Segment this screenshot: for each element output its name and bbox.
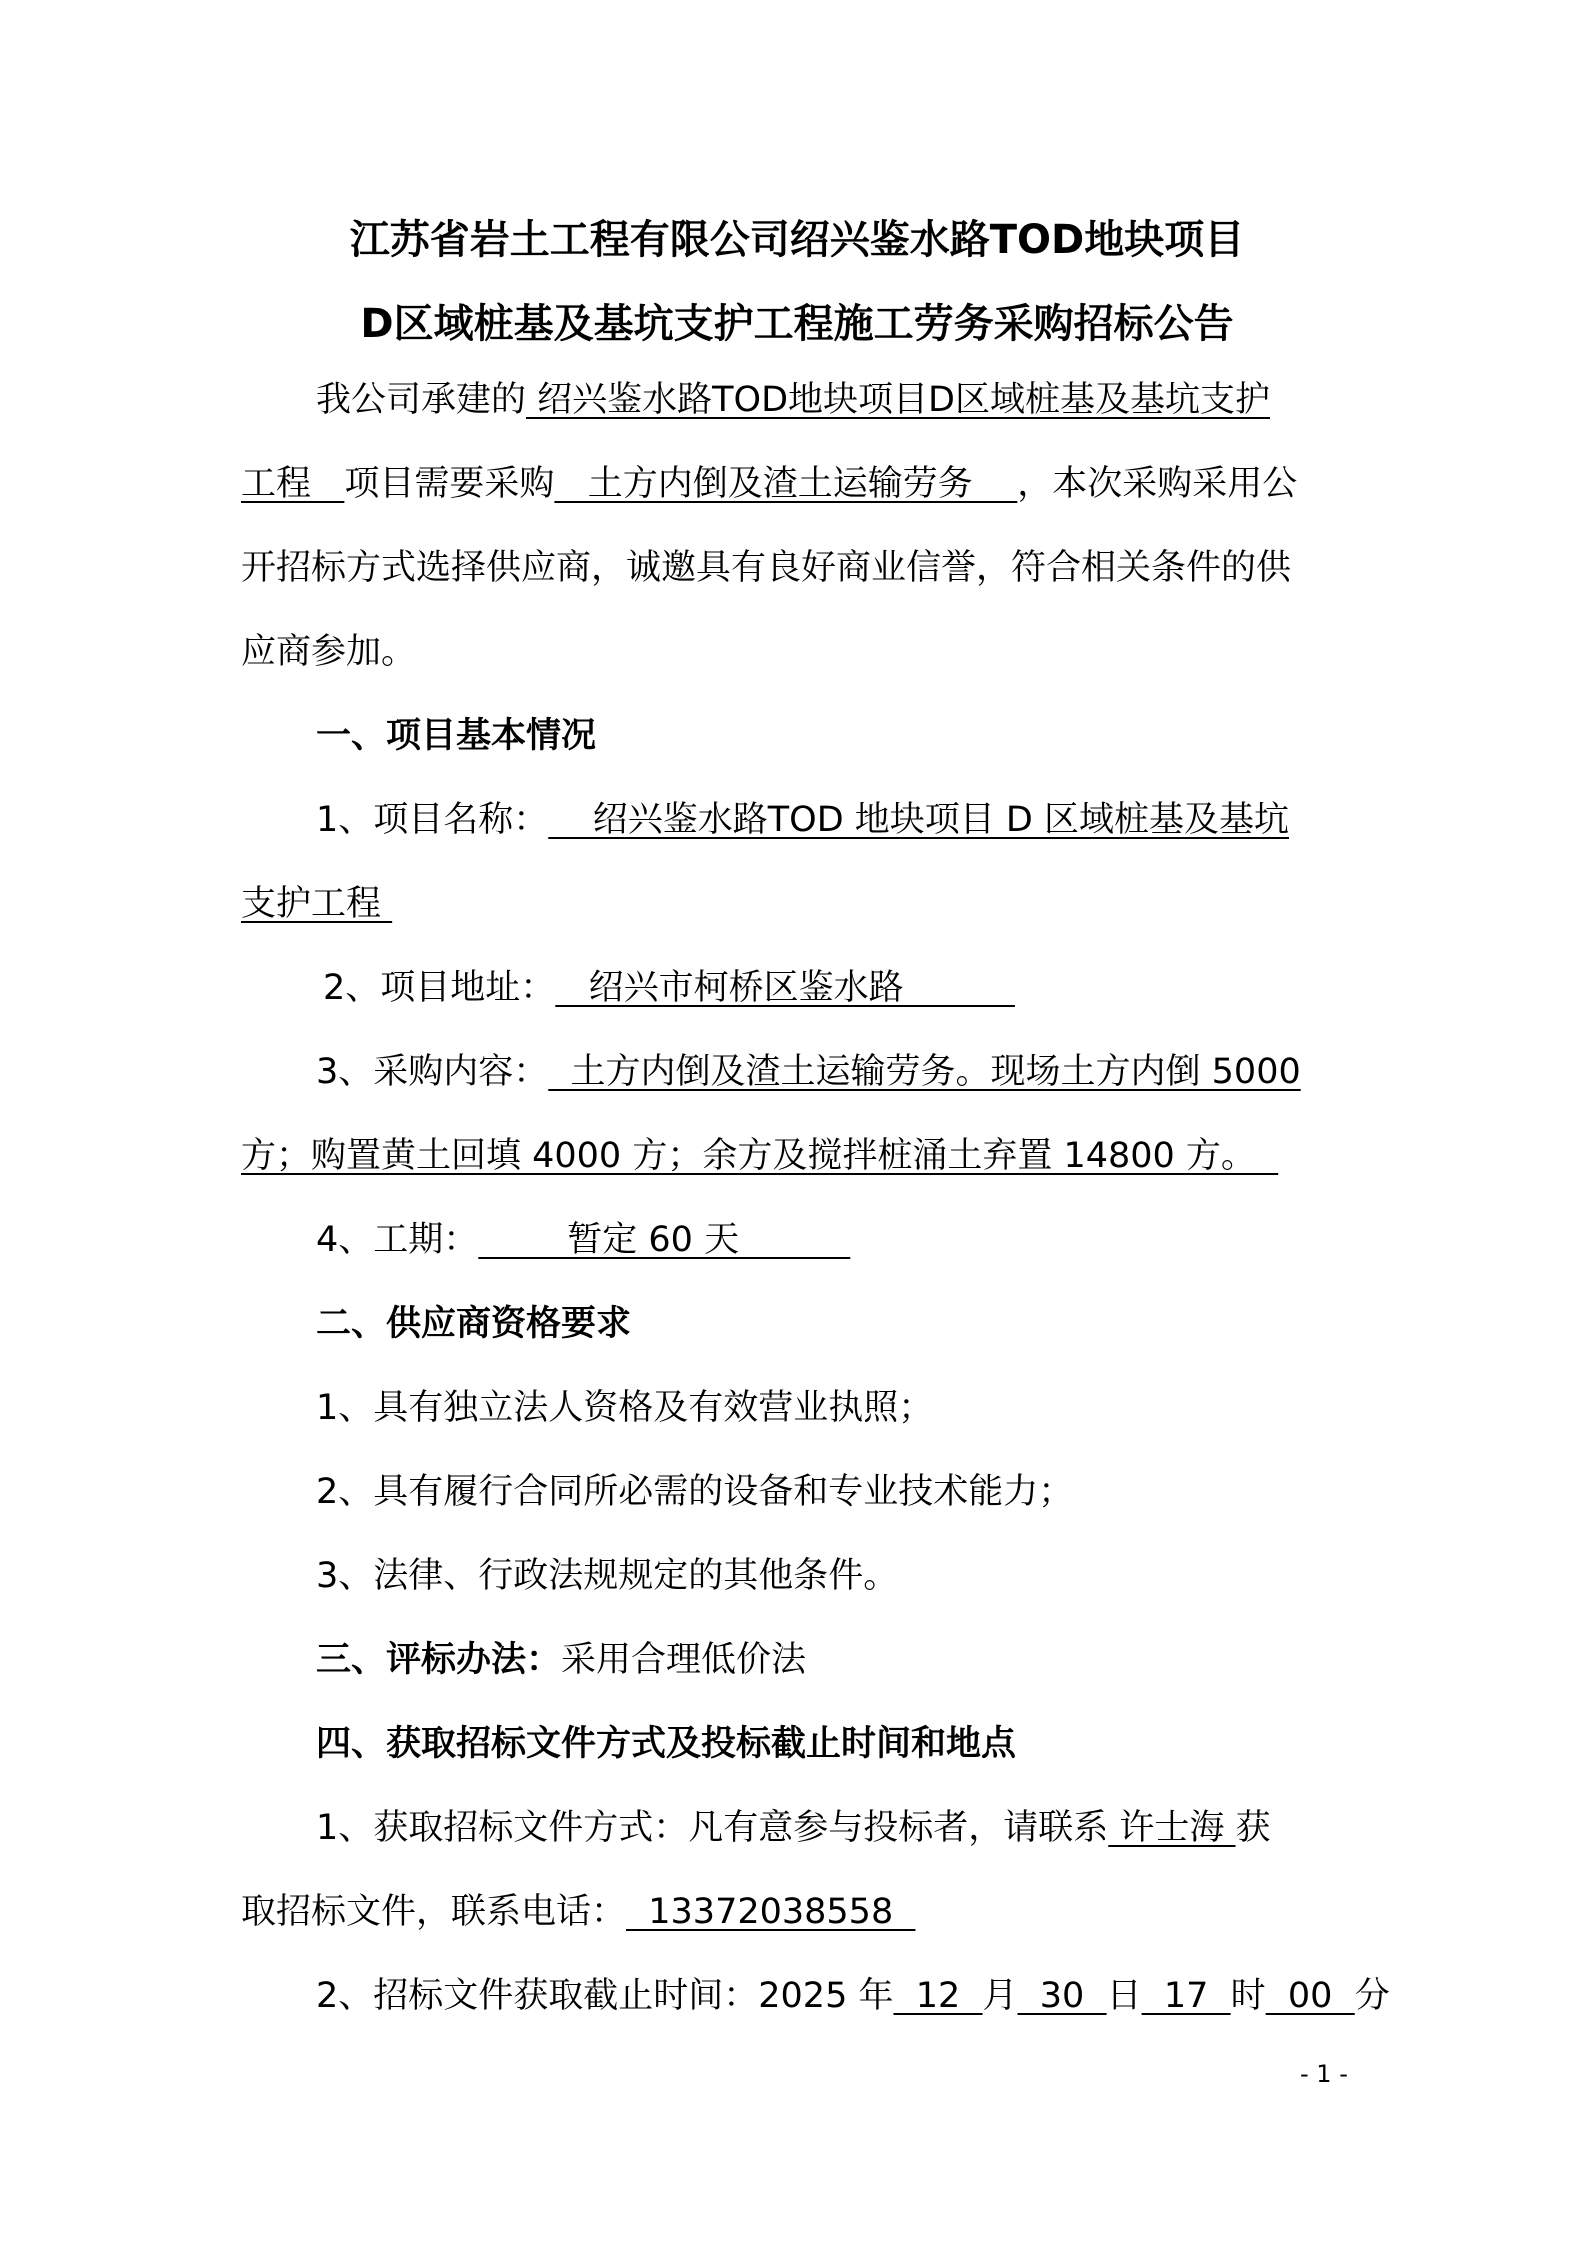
intro-mid: 项目需要采购 [344, 464, 554, 504]
project-name-value: 绍兴鉴水路TOD 地块项目 D 区域桩基及基坑 [548, 800, 1289, 840]
minute-unit: 分 [1355, 1976, 1390, 2016]
qualification-item: 2、具有履行合同所必需的设备和专业技术能力； [316, 1470, 1073, 1514]
project-address-value: 绍兴市柯桥区鉴水路 [555, 968, 1015, 1008]
contact-phone: 13372038558 [626, 1892, 915, 1932]
document-title-line-2: D区域桩基及基坑支护工程施工劳务采购招标公告 [241, 292, 1353, 349]
intro-line-2: 工程 项目需要采购 土方内倒及渣土运输劳务 ，本次采购采用公 [241, 462, 1297, 506]
construction-period-row: 4、工期： 暂定 60 天 [316, 1218, 850, 1262]
project-address-label: 2、项目地址： [323, 968, 555, 1008]
procurement-content-value-cont: 方；购置黄土回填 4000 方；余方及搅拌桩涌土弃置 14800 方。 [241, 1136, 1278, 1176]
document-deadline-label: 2、招标文件获取截止时间：2025 年 [316, 1976, 893, 2016]
intro-line-4: 应商参加。 [241, 630, 416, 674]
page-number: - 1 - [1300, 2060, 1348, 2088]
project-name-row-cont: 支护工程 [241, 882, 392, 926]
project-name-value-cont: 支护工程 [241, 884, 392, 924]
project-name-label: 1、项目名称： [316, 800, 548, 840]
section-1-heading: 一、项目基本情况 [316, 714, 596, 758]
evaluation-method-row: 三、评标办法：采用合理低价法 [316, 1638, 806, 1682]
procurement-content-row: 3、采购内容： 土方内倒及渣土运输劳务。现场土方内倒 5000 [316, 1050, 1301, 1094]
deadline-hour: 17 [1142, 1976, 1231, 2016]
project-address-row: 2、项目地址： 绍兴市柯桥区鉴水路 [323, 966, 1015, 1010]
procurement-content-value: 土方内倒及渣土运输劳务。现场土方内倒 5000 [548, 1052, 1300, 1092]
document-deadline-row: 2、招标文件获取截止时间：2025 年 12 月 30 日 17 时 00 分 [316, 1974, 1390, 2018]
hour-unit: 时 [1231, 1976, 1266, 2016]
intro-line-3: 开招标方式选择供应商，诚邀具有良好商业信誉，符合相关条件的供 [241, 546, 1291, 590]
intro-suffix: ，本次采购采用公 [1017, 464, 1297, 504]
contact-phone-label: 取招标文件，联系电话： [241, 1892, 626, 1932]
document-title-line-1: 江苏省岩土工程有限公司绍兴鉴水路TOD地块项目 [241, 208, 1353, 265]
procurement-item-underlined: 土方内倒及渣土运输劳务 [554, 464, 1017, 504]
qualification-item: 3、法律、行政法规规定的其他条件。 [316, 1554, 898, 1598]
deadline-month: 12 [893, 1976, 982, 2016]
obtain-documents-label: 1、获取招标文件方式：凡有意参与投标者，请联系 [316, 1808, 1108, 1848]
project-name-underlined-cont: 工程 [241, 464, 344, 504]
project-name-row: 1、项目名称： 绍兴鉴水路TOD 地块项目 D 区域桩基及基坑 [316, 798, 1289, 842]
intro-line-1: 我公司承建的 绍兴鉴水路TOD地块项目D区域桩基及基坑支护 [316, 378, 1270, 422]
section-2-heading: 二、供应商资格要求 [316, 1302, 631, 1346]
deadline-day: 30 [1018, 1976, 1107, 2016]
procurement-content-label: 3、采购内容： [316, 1052, 548, 1092]
day-unit: 日 [1107, 1976, 1142, 2016]
obtain-documents-suffix: 获 [1236, 1808, 1271, 1848]
procurement-content-row-cont: 方；购置黄土回填 4000 方；余方及搅拌桩涌土弃置 14800 方。 [241, 1134, 1278, 1178]
obtain-documents-row: 1、获取招标文件方式：凡有意参与投标者，请联系 许士海 获 [316, 1806, 1271, 1850]
evaluation-method-value: 采用合理低价法 [561, 1640, 806, 1680]
construction-period-value: 暂定 60 天 [478, 1220, 850, 1260]
section-3-heading: 三、评标办法： [316, 1640, 561, 1680]
intro-prefix: 我公司承建的 [316, 380, 526, 420]
project-name-underlined: 绍兴鉴水路TOD地块项目D区域桩基及基坑支护 [526, 380, 1270, 420]
contact-person: 许士海 [1108, 1808, 1235, 1848]
qualification-item: 1、具有独立法人资格及有效营业执照； [316, 1386, 933, 1430]
deadline-minute: 00 [1266, 1976, 1355, 2016]
section-4-heading: 四、获取招标文件方式及投标截止时间和地点 [316, 1722, 1016, 1766]
construction-period-label: 4、工期： [316, 1220, 478, 1260]
contact-phone-row: 取招标文件，联系电话： 13372038558 [241, 1890, 915, 1934]
month-unit: 月 [983, 1976, 1018, 2016]
